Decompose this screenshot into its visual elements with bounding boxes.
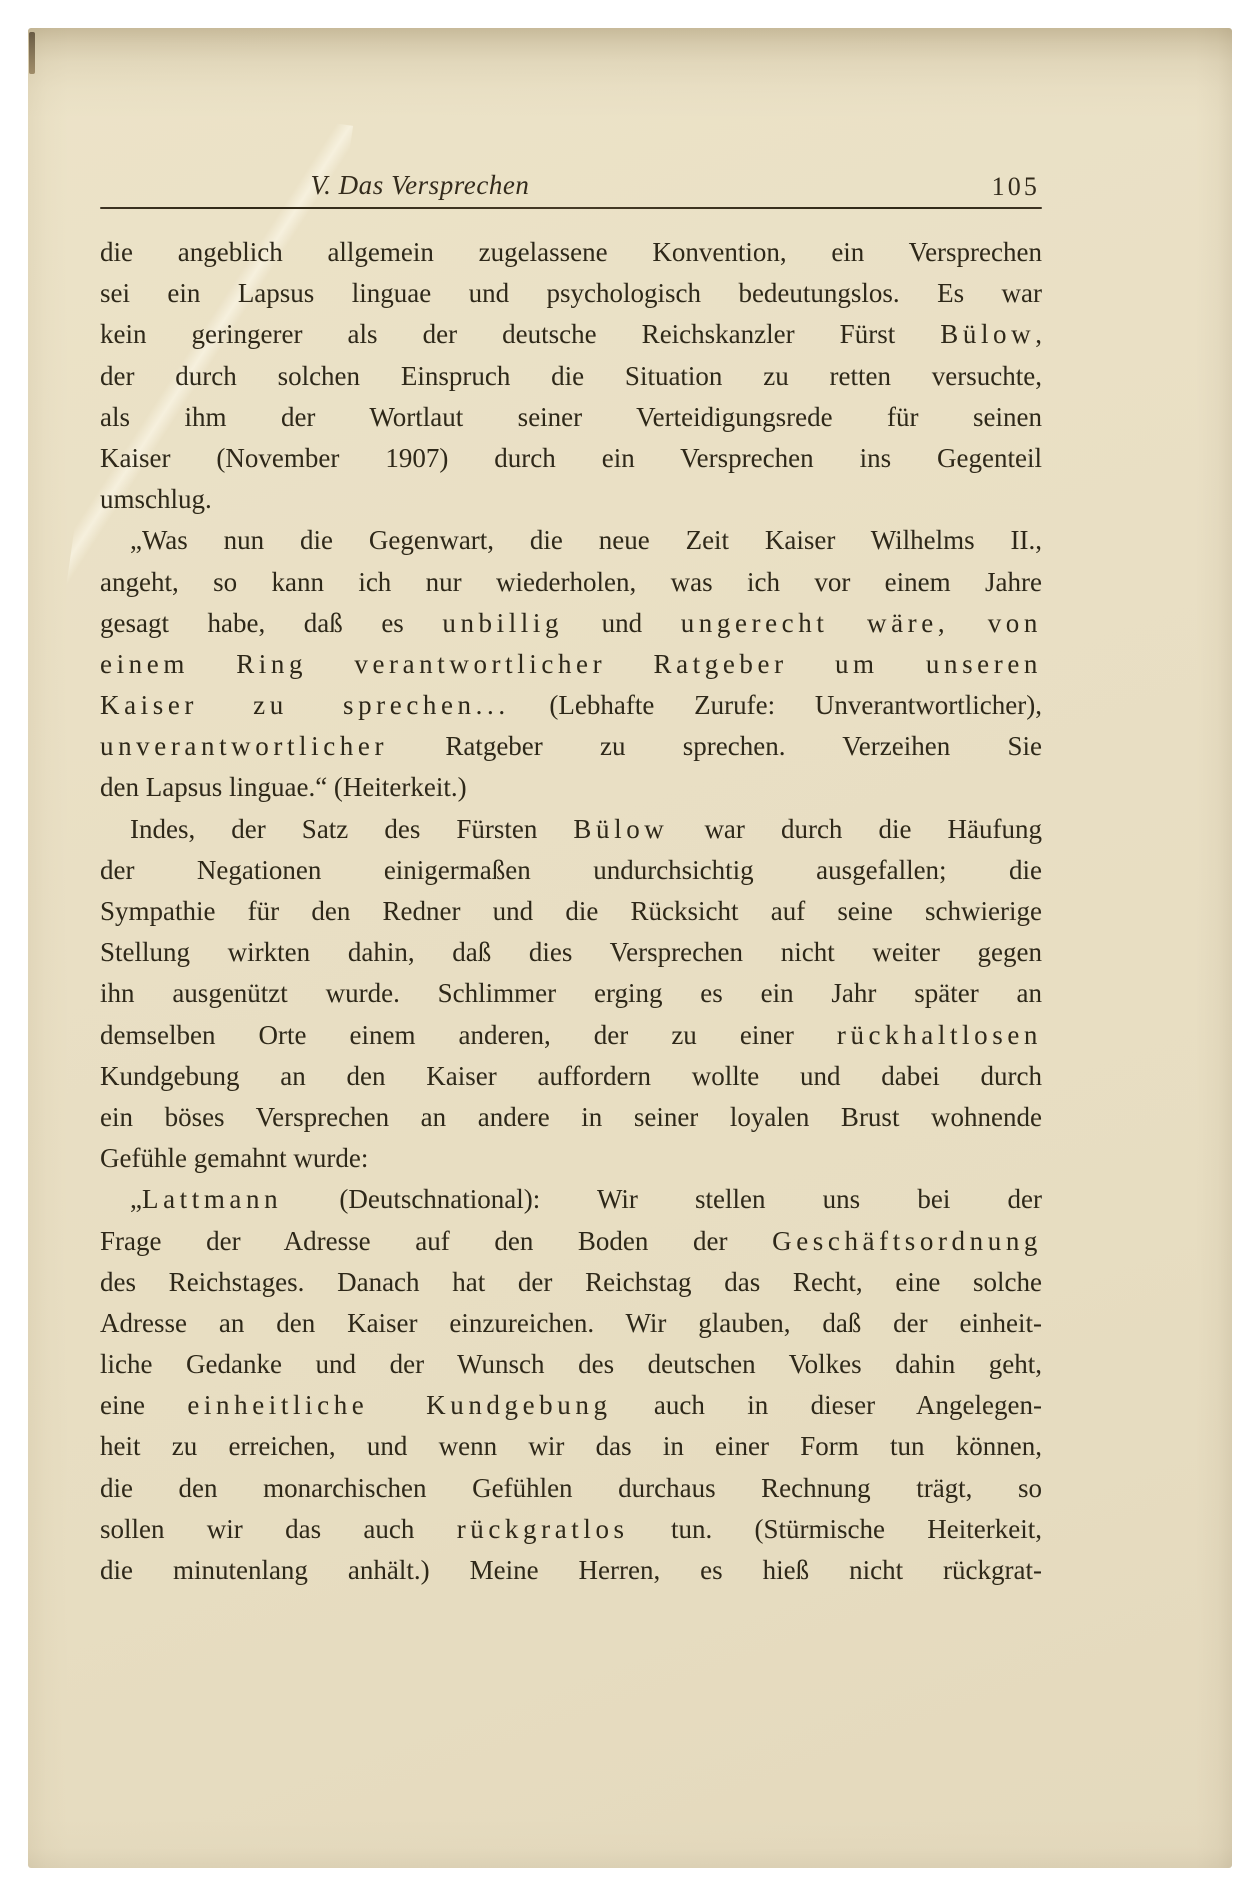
page-header: V. Das Versprechen 105 bbox=[100, 170, 1042, 210]
text-segment: war durch die Häufung bbox=[668, 814, 1042, 844]
text-line: Kundgebung an den Kaiser auffordern woll… bbox=[100, 1056, 1042, 1097]
running-title: V. Das Versprechen bbox=[220, 170, 620, 201]
book-page: V. Das Versprechen 105 die angeblich all… bbox=[28, 28, 1232, 1868]
text-line: unverantwortlicher Ratgeber zu sprechen.… bbox=[100, 726, 1042, 767]
text-segment: Sympathie für den Redner und die Rücksic… bbox=[100, 896, 1042, 926]
text-segment: die minutenlang anhält.) Meine Herren, e… bbox=[100, 1555, 1042, 1585]
text-line: Gefühle gemahnt wurde: bbox=[100, 1138, 1042, 1179]
text-line: sei ein Lapsus linguae und psychologisch… bbox=[100, 273, 1042, 314]
paragraph: „Was nun die Gegenwart, die neue Zeit Ka… bbox=[100, 520, 1042, 808]
text-line: demselben Orte einem anderen, der zu ein… bbox=[100, 1015, 1042, 1056]
scan-background: V. Das Versprechen 105 die angeblich all… bbox=[0, 0, 1257, 1901]
text-segment: sei ein Lapsus linguae und psychologisch… bbox=[100, 278, 1042, 308]
text-line: Kaiser (November 1907) durch ein Verspre… bbox=[100, 438, 1042, 479]
text-line: die angeblich allgemein zugelassene Konv… bbox=[100, 232, 1042, 273]
text-line: der durch solchen Einspruch die Situatio… bbox=[100, 356, 1042, 397]
text-line: Stellung wirkten dahin, daß dies Verspre… bbox=[100, 932, 1042, 973]
emphasized-text: einheitliche Kundgebung bbox=[187, 1390, 611, 1420]
text-segment: ein böses Versprechen an andere in seine… bbox=[100, 1102, 1042, 1132]
text-segment: ihn ausgenützt wurde. Schlimmer erging e… bbox=[100, 978, 1042, 1008]
text-line: die den monarchischen Gefühlen durchaus … bbox=[100, 1468, 1042, 1509]
text-segment: Frage der Adresse auf den Boden der bbox=[100, 1226, 772, 1256]
text-line: Adresse an den Kaiser einzureichen. Wir … bbox=[100, 1303, 1042, 1344]
emphasized-text: rückhaltlosen bbox=[837, 1020, 1042, 1050]
text-line: des Reichstages. Danach hat der Reichsta… bbox=[100, 1262, 1042, 1303]
text-segment: die den monarchischen Gefühlen durchaus … bbox=[100, 1473, 1042, 1503]
text-line: umschlug. bbox=[100, 479, 1042, 520]
text-segment: der durch solchen Einspruch die Situatio… bbox=[100, 361, 1042, 391]
text-segment: , bbox=[1035, 319, 1042, 349]
text-line: „Lattmann (Deutschnational): Wir stellen… bbox=[100, 1179, 1042, 1220]
emphasized-text: einem Ring verantwortlicher Ratgeber um … bbox=[100, 649, 1042, 679]
text-segment bbox=[949, 608, 988, 638]
text-line: den Lapsus linguae.“ (Heiterkeit.) bbox=[100, 767, 1042, 808]
text-line: angeht, so kann ich nur wiederholen, was… bbox=[100, 562, 1042, 603]
text-segment bbox=[828, 608, 867, 638]
text-line: die minutenlang anhält.) Meine Herren, e… bbox=[100, 1550, 1042, 1591]
text-segment: des Reichstages. Danach hat der Reichsta… bbox=[100, 1267, 1042, 1297]
text-segment: Indes, der Satz des Fürsten bbox=[130, 814, 573, 844]
text-line: der Negationen einigermaßen undurchsicht… bbox=[100, 850, 1042, 891]
text-line: kein geringerer als der deutsche Reichsk… bbox=[100, 314, 1042, 355]
text-segment: Kundgebung an den Kaiser auffordern woll… bbox=[100, 1061, 1042, 1091]
text-segment: (Deutschnational): Wir stellen uns bei d… bbox=[282, 1184, 1042, 1214]
emphasized-text: Lattmann bbox=[142, 1184, 282, 1214]
text-line: heit zu erreichen, und wenn wir das in e… bbox=[100, 1426, 1042, 1467]
text-line: ihn ausgenützt wurde. Schlimmer erging e… bbox=[100, 973, 1042, 1014]
text-segment: angeht, so kann ich nur wiederholen, was… bbox=[100, 567, 1042, 597]
text-segment: die angeblich allgemein zugelassene Konv… bbox=[100, 237, 1042, 267]
emphasized-text: Kaiser zu sprechen... bbox=[100, 690, 510, 720]
emphasized-text: ungerecht bbox=[681, 608, 829, 638]
text-line: ein böses Versprechen an andere in seine… bbox=[100, 1097, 1042, 1138]
text-segment: Adresse an den Kaiser einzureichen. Wir … bbox=[100, 1308, 1042, 1338]
emphasized-text: unbillig bbox=[442, 608, 563, 638]
text-segment: Stellung wirkten dahin, daß dies Verspre… bbox=[100, 937, 1042, 967]
text-segment: und bbox=[563, 608, 681, 638]
page-number: 105 bbox=[992, 172, 1040, 202]
text-segment: (Lebhafte Zurufe: Unverantwortlicher), bbox=[510, 690, 1042, 720]
text-segment: den Lapsus linguae.“ (Heiterkeit.) bbox=[100, 772, 467, 802]
text-segment: heit zu erreichen, und wenn wir das in e… bbox=[100, 1431, 1042, 1461]
emphasized-text: wäre, bbox=[867, 608, 949, 638]
text-segment: kein geringerer als der deutsche Reichsk… bbox=[100, 319, 940, 349]
text-segment: Ratgeber zu sprechen. Verzeihen Sie bbox=[388, 731, 1042, 761]
text-line: einem Ring verantwortlicher Ratgeber um … bbox=[100, 644, 1042, 685]
text-segment: gesagt habe, daß es bbox=[100, 608, 442, 638]
emphasized-text: von bbox=[988, 608, 1042, 638]
paragraph: Indes, der Satz des Fürsten Bülow war du… bbox=[100, 809, 1042, 1180]
text-segment: „ bbox=[130, 1184, 142, 1214]
emphasized-text: Bülow bbox=[573, 814, 668, 844]
paragraph: die angeblich allgemein zugelassene Konv… bbox=[100, 232, 1042, 520]
text-segment: der Negationen einigermaßen undurchsicht… bbox=[100, 855, 1042, 885]
text-segment: demselben Orte einem anderen, der zu ein… bbox=[100, 1020, 837, 1050]
text-line: eine einheitliche Kundgebung auch in die… bbox=[100, 1385, 1042, 1426]
body-text: die angeblich allgemein zugelassene Konv… bbox=[100, 232, 1042, 1591]
emphasized-text: unverantwortlicher bbox=[100, 731, 388, 761]
emphasized-text: rückgratlos bbox=[457, 1514, 629, 1544]
header-rule bbox=[100, 207, 1042, 209]
paragraph: „Lattmann (Deutschnational): Wir stellen… bbox=[100, 1179, 1042, 1591]
text-line: gesagt habe, daß es unbillig und ungerec… bbox=[100, 603, 1042, 644]
text-segment: auch in dieser Angelegen- bbox=[612, 1390, 1042, 1420]
text-line: Frage der Adresse auf den Boden der Gesc… bbox=[100, 1221, 1042, 1262]
text-line: liche Gedanke und der Wunsch des deutsch… bbox=[100, 1344, 1042, 1385]
text-segment: eine bbox=[100, 1390, 187, 1420]
text-line: sollen wir das auch rückgratlos tun. (St… bbox=[100, 1509, 1042, 1550]
text-segment: tun. (Stürmische Heiterkeit, bbox=[629, 1514, 1042, 1544]
text-segment: liche Gedanke und der Wunsch des deutsch… bbox=[100, 1349, 1042, 1379]
emphasized-text: Bülow bbox=[940, 319, 1035, 349]
text-segment: Gefühle gemahnt wurde: bbox=[100, 1143, 368, 1173]
text-segment: als ihm der Wortlaut seiner Verteidigung… bbox=[100, 402, 1042, 432]
text-segment: umschlug. bbox=[100, 484, 212, 514]
text-line: Sympathie für den Redner und die Rücksic… bbox=[100, 891, 1042, 932]
text-line: Kaiser zu sprechen... (Lebhafte Zurufe: … bbox=[100, 685, 1042, 726]
spine-notch bbox=[29, 32, 35, 74]
text-segment: Kaiser (November 1907) durch ein Verspre… bbox=[100, 443, 1042, 473]
emphasized-text: Geschäftsordnung bbox=[772, 1226, 1042, 1256]
text-line: Indes, der Satz des Fürsten Bülow war du… bbox=[100, 809, 1042, 850]
page-content: V. Das Versprechen 105 die angeblich all… bbox=[100, 28, 1042, 1868]
text-segment: sollen wir das auch bbox=[100, 1514, 457, 1544]
text-line: „Was nun die Gegenwart, die neue Zeit Ka… bbox=[100, 520, 1042, 561]
text-segment: „Was nun die Gegenwart, die neue Zeit Ka… bbox=[130, 525, 1042, 555]
text-line: als ihm der Wortlaut seiner Verteidigung… bbox=[100, 397, 1042, 438]
